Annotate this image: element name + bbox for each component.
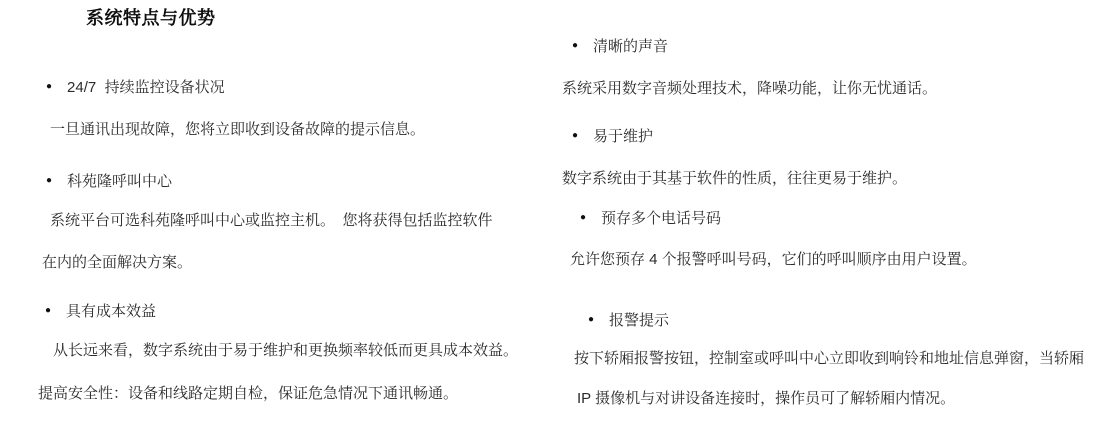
bullet-icon: ● [572, 131, 578, 141]
feature-item-easy-maintenance: ● 易于维护 [572, 125, 653, 146]
page-title: 系统特点与优势 [86, 6, 216, 30]
feature-heading: 报警提示 [609, 309, 669, 330]
feature-description: 在内的全面解决方案。 [42, 253, 192, 273]
feature-heading: 清晰的声音 [593, 35, 668, 56]
feature-heading: 预存多个电话号码 [601, 207, 721, 228]
bullet-icon: ● [572, 41, 578, 51]
feature-heading: 具有成本效益 [66, 300, 156, 321]
document-page: 系统特点与优势 ● 24/7 持续监控设备状况 一旦通讯出现故障，您将立即收到设… [0, 0, 1112, 428]
feature-item-alarm-alert: ● 报警提示 [588, 309, 669, 330]
bullet-icon: ● [46, 82, 52, 92]
bullet-icon: ● [45, 306, 51, 316]
feature-description: 从长远来看，数字系统由于易于维护和更换频率较低而更具成本效益。 [53, 341, 518, 361]
feature-heading: 易于维护 [593, 125, 653, 146]
feature-item-cost-effective: ● 具有成本效益 [45, 300, 156, 321]
feature-description: 数字系统由于其基于软件的性质，往往更易于维护。 [562, 169, 907, 189]
feature-description: 提高安全性：设备和线路定期自检，保证危急情况下通讯畅通。 [38, 384, 458, 404]
feature-item-preset-numbers: ● 预存多个电话号码 [580, 207, 721, 228]
bullet-icon: ● [588, 315, 594, 325]
bullet-icon: ● [46, 176, 52, 186]
feature-item-call-center: ● 科苑隆呼叫中心 [46, 170, 172, 191]
feature-heading: 24/7 持续监控设备状况 [67, 76, 225, 97]
feature-description: 按下轿厢报警按钮，控制室或呼叫中心立即收到响铃和地址信息弹窗，当轿厢 [574, 349, 1084, 369]
bullet-icon: ● [580, 213, 586, 223]
feature-heading: 科苑隆呼叫中心 [67, 170, 172, 191]
feature-description: 系统平台可选科苑隆呼叫中心或监控主机。 您将获得包括监控软件 [50, 211, 493, 231]
feature-item-monitoring: ● 24/7 持续监控设备状况 [46, 76, 225, 97]
feature-description: 允许您预存 4 个报警呼叫号码，它们的呼叫顺序由用户设置。 [570, 250, 977, 270]
feature-description: IP 摄像机与对讲设备连接时，操作员可了解轿厢内情况。 [577, 389, 955, 409]
feature-description: 系统采用数字音频处理技术，降噪功能，让你无忧通话。 [562, 79, 937, 99]
feature-item-clear-sound: ● 清晰的声音 [572, 35, 668, 56]
feature-description: 一旦通讯出现故障，您将立即收到设备故障的提示信息。 [50, 120, 425, 140]
